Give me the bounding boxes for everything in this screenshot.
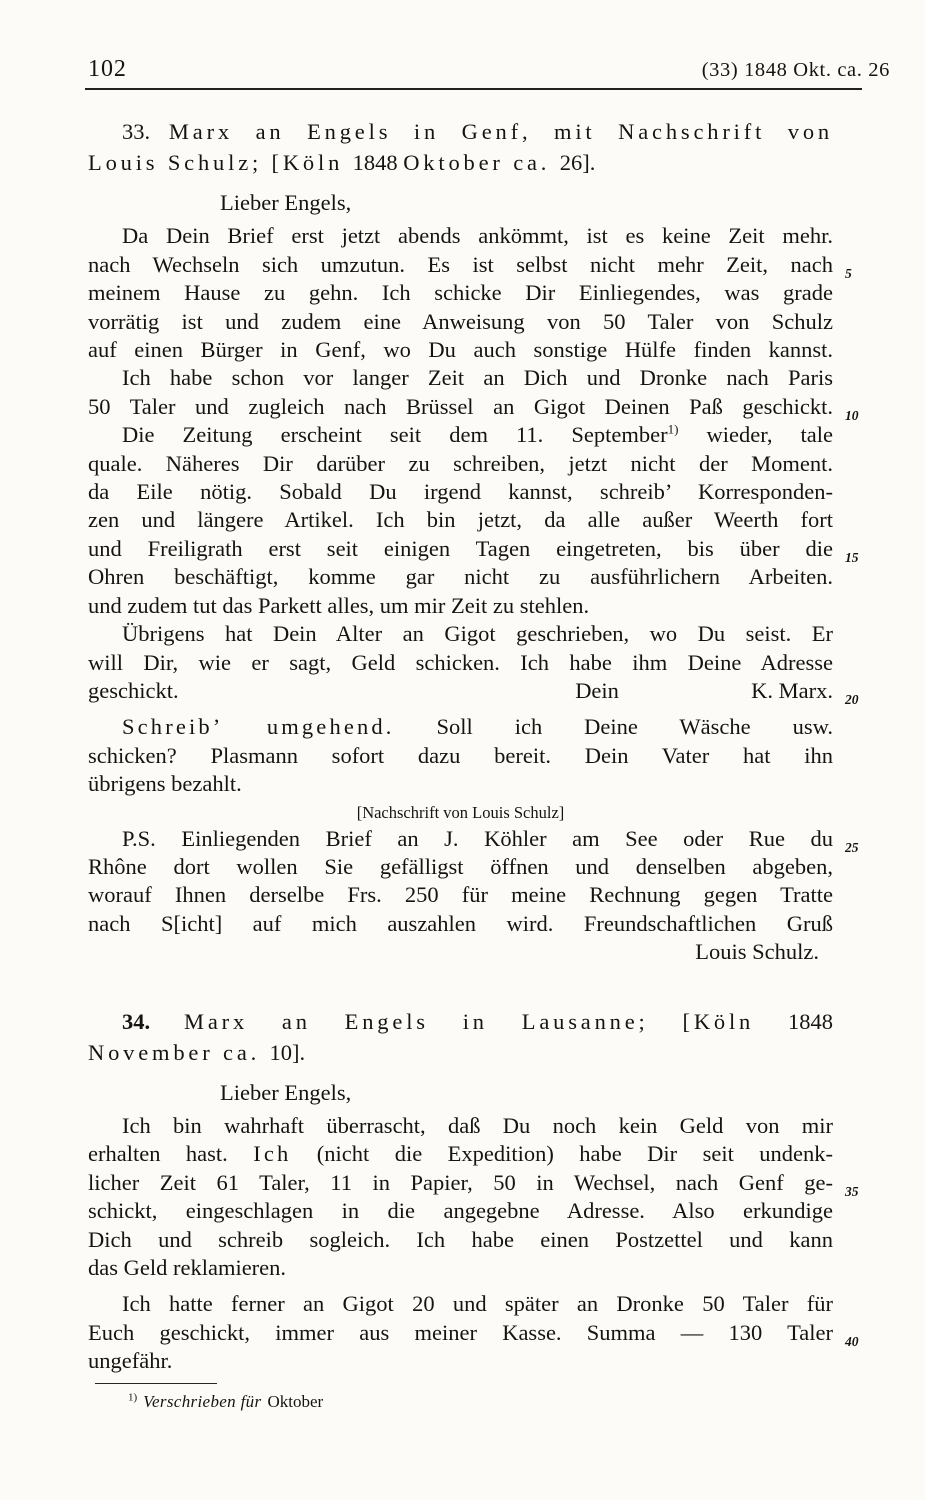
body-line: übrigens bezahlt. [88,770,833,798]
body-line: Schreib’ umgehend. Soll ich Deine Wäsche… [88,713,833,741]
margin-line-number: 20 [845,686,859,714]
text-segment: 1848 [788,1009,833,1034]
body-line: Louis Schulz. [88,938,833,966]
letter-body: Ich bin wahrhaft überrascht, daß Du noch… [88,1112,833,1376]
page-content: 102 (33) 1848 Okt. ca. 26 33. Marx an En… [0,0,925,1413]
salutation: Lieber Engels, [220,189,833,217]
body-line: schicken? Plasmann sofort dazu bereit. D… [88,742,833,770]
text-segment: November ca. [88,1040,270,1065]
text-segment: erhalten hast. [88,1141,253,1166]
text-segment: (nicht die Expedition) habe Dir seit und… [291,1141,833,1166]
body-line: Die Zeitung erscheint seit dem 11. Septe… [88,421,833,449]
text-segment: Soll ich Deine Wäsche usw. [395,714,833,739]
heading-line: Louis Schulz; [Köln 1848 Oktober ca. 26]… [88,147,833,178]
footnote-reference: 1) [668,422,679,437]
text-segment: Marx an Engels in Lausanne; [Köln [150,1009,788,1034]
inline-editorial-note: [Nachschrift von Louis Schulz] [88,801,833,825]
letter-33: 33. Marx an Engels in Genf, mit Nachschr… [88,116,833,967]
body-line: Ohren beschäftigt, komme gar nicht zu au… [88,563,833,591]
page-number: 102 [88,56,127,83]
signoff-text: Dein [575,677,619,705]
footnote-divider [95,1383,217,1384]
text-segment: Oktober ca. [403,150,559,175]
text-segment: 33. [122,119,169,144]
footnote-text: 1)Verschrieben fürOktober [128,1391,833,1413]
letter-heading: 34. Marx an Engels in Lausanne; [Köln 18… [88,1006,833,1068]
body-line: Ich habe schon vor langer Zeit an Dich u… [88,364,833,392]
margin-line-number: 40 [845,1328,859,1356]
body-line: schickt, eingeschlagen in die angegebne … [88,1197,833,1225]
body-line: das Geld reklamieren. [88,1254,833,1282]
margin-line-number: 10 [845,402,859,430]
body-line: quale. Näheres Dir darüber zu schreiben,… [88,450,833,478]
body-line: will Dir, wie er sagt, Geld schicken. Ic… [88,649,833,677]
signoff-text: K. Marx. [751,677,833,705]
text-segment: Schreib’ umgehend. [122,714,395,739]
page-header: 102 (33) 1848 Okt. ca. 26 [88,56,890,83]
body-line: und Freiligrath erst seit einigen Tagen … [88,535,833,563]
salutation: Lieber Engels, [220,1079,833,1107]
heading-line: 34. Marx an Engels in Lausanne; [Köln 18… [88,1006,833,1037]
body-line: Da Dein Brief erst jetzt abends ankömmt,… [88,222,833,250]
body-line: Ich hatte ferner an Gigot 20 und später … [88,1290,833,1318]
heading-line: November ca. 10]. [88,1037,833,1068]
margin-line-number: 25 [845,834,859,862]
footnote-plain-text: Oktober [267,1392,323,1411]
text-segment: 26]. [560,150,596,175]
letter-34: 34. Marx an Engels in Lausanne; [Köln 18… [88,1006,833,1376]
body-line: ungefähr. [88,1347,833,1375]
footnote-marker: 1) [128,1391,137,1403]
margin-line-number: 5 [845,260,852,288]
text-segment: Die Zeitung erscheint seit dem 11. Septe… [122,422,668,447]
text-segment: Ich [253,1141,291,1166]
letter-heading: 33. Marx an Engels in Genf, mit Nachschr… [88,116,833,178]
body-line: Ich bin wahrhaft überrascht, daß Du noch… [88,1112,833,1140]
body-line: 50 Taler und zugleich nach Brüssel an Gi… [88,393,833,421]
book-page: 102 (33) 1848 Okt. ca. 26 33. Marx an En… [0,0,925,1500]
body-line: meinem Hause zu gehn. Ich schicke Dir Ei… [88,279,833,307]
text-segment: Louis Schulz; [Köln [88,150,353,175]
margin-line-number: 15 [845,544,859,572]
text-segment: 1848 [353,150,404,175]
body-line: worauf Ihnen derselbe Frs. 250 für meine… [88,881,833,909]
signoff-text: geschickt. [88,677,179,705]
footnote-italic-text: Verschrieben für [143,1392,261,1411]
body-line: nach Wechseln sich umzutun. Es ist selbs… [88,251,833,279]
body-line: Euch geschickt, immer aus meiner Kasse. … [88,1319,833,1347]
body-line: Übrigens hat Dein Alter an Gigot geschri… [88,620,833,648]
body-line: nach S[icht] auf mich auszahlen wird. Fr… [88,910,833,938]
header-rule [85,88,862,90]
body-line: licher Zeit 61 Taler, 11 in Papier, 50 i… [88,1169,833,1197]
text-segment: 10]. [270,1040,306,1065]
running-head: (33) 1848 Okt. ca. 26 [702,59,890,82]
body-line: zen und längere Artikel. Ich bin jetzt, … [88,506,833,534]
body-line: Dich und schreib sogleich. Ich habe eine… [88,1226,833,1254]
body-line: und zudem tut das Parkett alles, um mir … [88,592,833,620]
text-segment: 34. [122,1009,150,1034]
body-line: auf einen Bürger in Genf, wo Du auch son… [88,336,833,364]
text-segment: wieder, tale [678,422,833,447]
text-segment: Marx an Engels in Genf, mit Nachschrift … [169,119,833,144]
body-line: Rhône dort wollen Sie gefälligst öffnen … [88,853,833,881]
body-line: P.S. Einliegenden Brief an J. Köhler am … [88,825,833,853]
margin-line-number: 35 [845,1178,859,1206]
body-line: vorrätig ist und zudem eine Anweisung vo… [88,308,833,336]
body-line: da Eile nötig. Sobald Du irgend kannst, … [88,478,833,506]
letters: 33. Marx an Engels in Genf, mit Nachschr… [88,116,833,1376]
body-line: geschickt.DeinK. Marx.20 [88,677,833,705]
footnote: 1)Verschrieben fürOktober [88,1383,833,1413]
body-line: erhalten hast. Ich (nicht die Expedition… [88,1140,833,1168]
heading-line: 33. Marx an Engels in Genf, mit Nachschr… [88,116,833,147]
letter-body: Da Dein Brief erst jetzt abends ankömmt,… [88,222,833,966]
